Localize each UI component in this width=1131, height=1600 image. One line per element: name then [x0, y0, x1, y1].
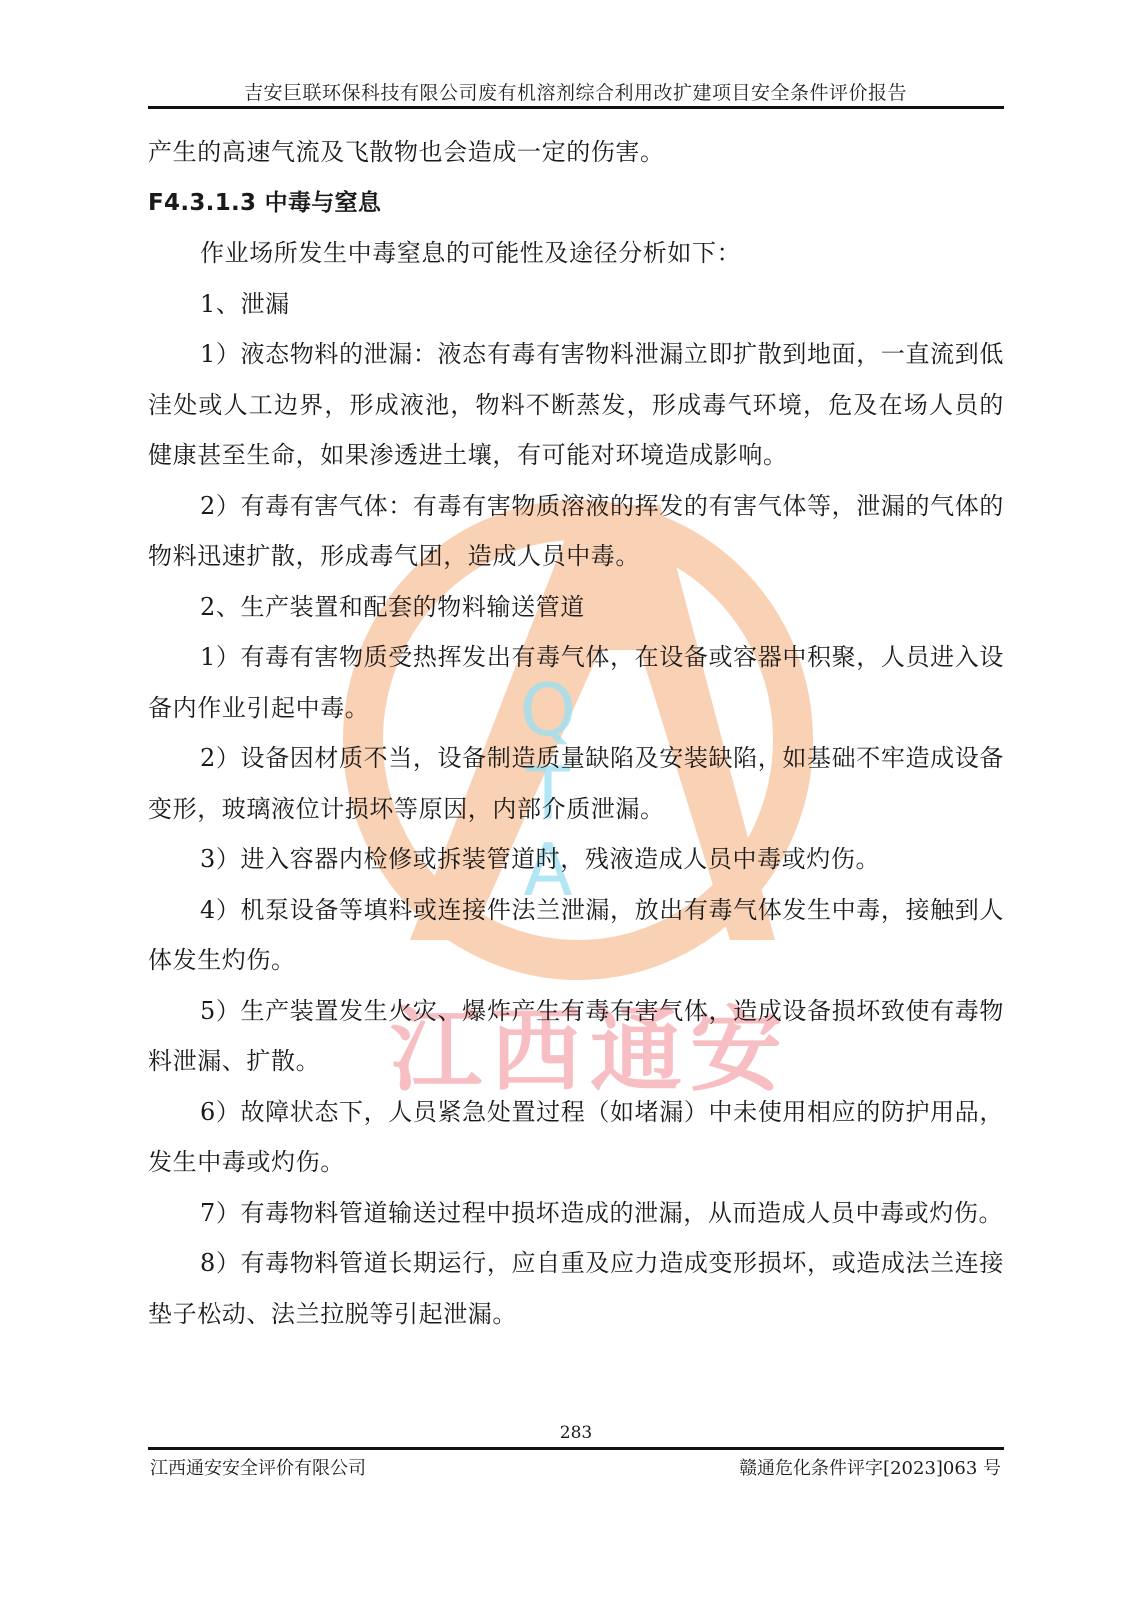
section-heading: F4.3.1.3 中毒与窒息	[148, 178, 1004, 229]
page-header-title: 吉安巨联环保科技有限公司废有机溶剂综合利用改扩建项目安全条件评价报告	[148, 78, 1003, 105]
page-number: 283	[148, 1423, 1004, 1443]
list-item: 8）有毒物料管道长期运行，应自重及应力造成变形损坏，或造成法兰连接垫子松动、法兰…	[148, 1238, 1004, 1339]
paragraph-intro: 作业场所发生中毒窒息的可能性及途径分析如下：	[148, 228, 1004, 279]
list-item: 6）故障状态下，人员紧急处置过程（如堵漏）中未使用相应的防护用品，发生中毒或灼伤…	[148, 1087, 1004, 1188]
list-item: 3）进入容器内检修或拆装管道时，残液造成人员中毒或灼伤。	[148, 834, 1004, 885]
list-item: 7）有毒物料管道输送过程中损坏造成的泄漏，从而造成人员中毒或灼伤。	[148, 1188, 1004, 1239]
paragraph-continuation: 产生的高速气流及飞散物也会造成一定的伤害。	[148, 127, 1004, 178]
list-item: 5）生产装置发生火灾、爆炸产生有毒有害气体，造成设备损坏致使有毒物料泄漏、扩散。	[148, 986, 1004, 1087]
list-heading-equipment: 2、生产装置和配套的物料输送管道	[148, 582, 1004, 633]
list-item: 4）机泵设备等填料或连接件法兰泄漏，放出有毒气体发生中毒，接触到人体发生灼伤。	[148, 885, 1004, 986]
document-body: 产生的高速气流及飞散物也会造成一定的伤害。 F4.3.1.3 中毒与窒息 作业场…	[148, 127, 1004, 1339]
header-divider	[148, 106, 1004, 109]
list-heading-leakage: 1、泄漏	[148, 279, 1004, 330]
list-item: 2）有毒有害气体：有毒有害物质溶液的挥发的有害气体等，泄漏的气体的物料迅速扩散，…	[148, 481, 1004, 582]
list-item: 1）液态物料的泄漏：液态有毒有害物料泄漏立即扩散到地面，一直流到低洼处或人工边界…	[148, 329, 1004, 481]
list-item: 2）设备因材质不当，设备制造质量缺陷及安装缺陷，如基础不牢造成设备变形，玻璃液位…	[148, 733, 1004, 834]
list-item: 1）有毒有害物质受热挥发出有毒气体，在设备或容器中积聚，人员进入设备内作业引起中…	[148, 632, 1004, 733]
footer-company: 江西通安安全评价有限公司	[150, 1454, 366, 1480]
footer-doc-number: 赣通危化条件评字[2023]063 号	[739, 1454, 1001, 1480]
footer-divider	[148, 1447, 1004, 1450]
